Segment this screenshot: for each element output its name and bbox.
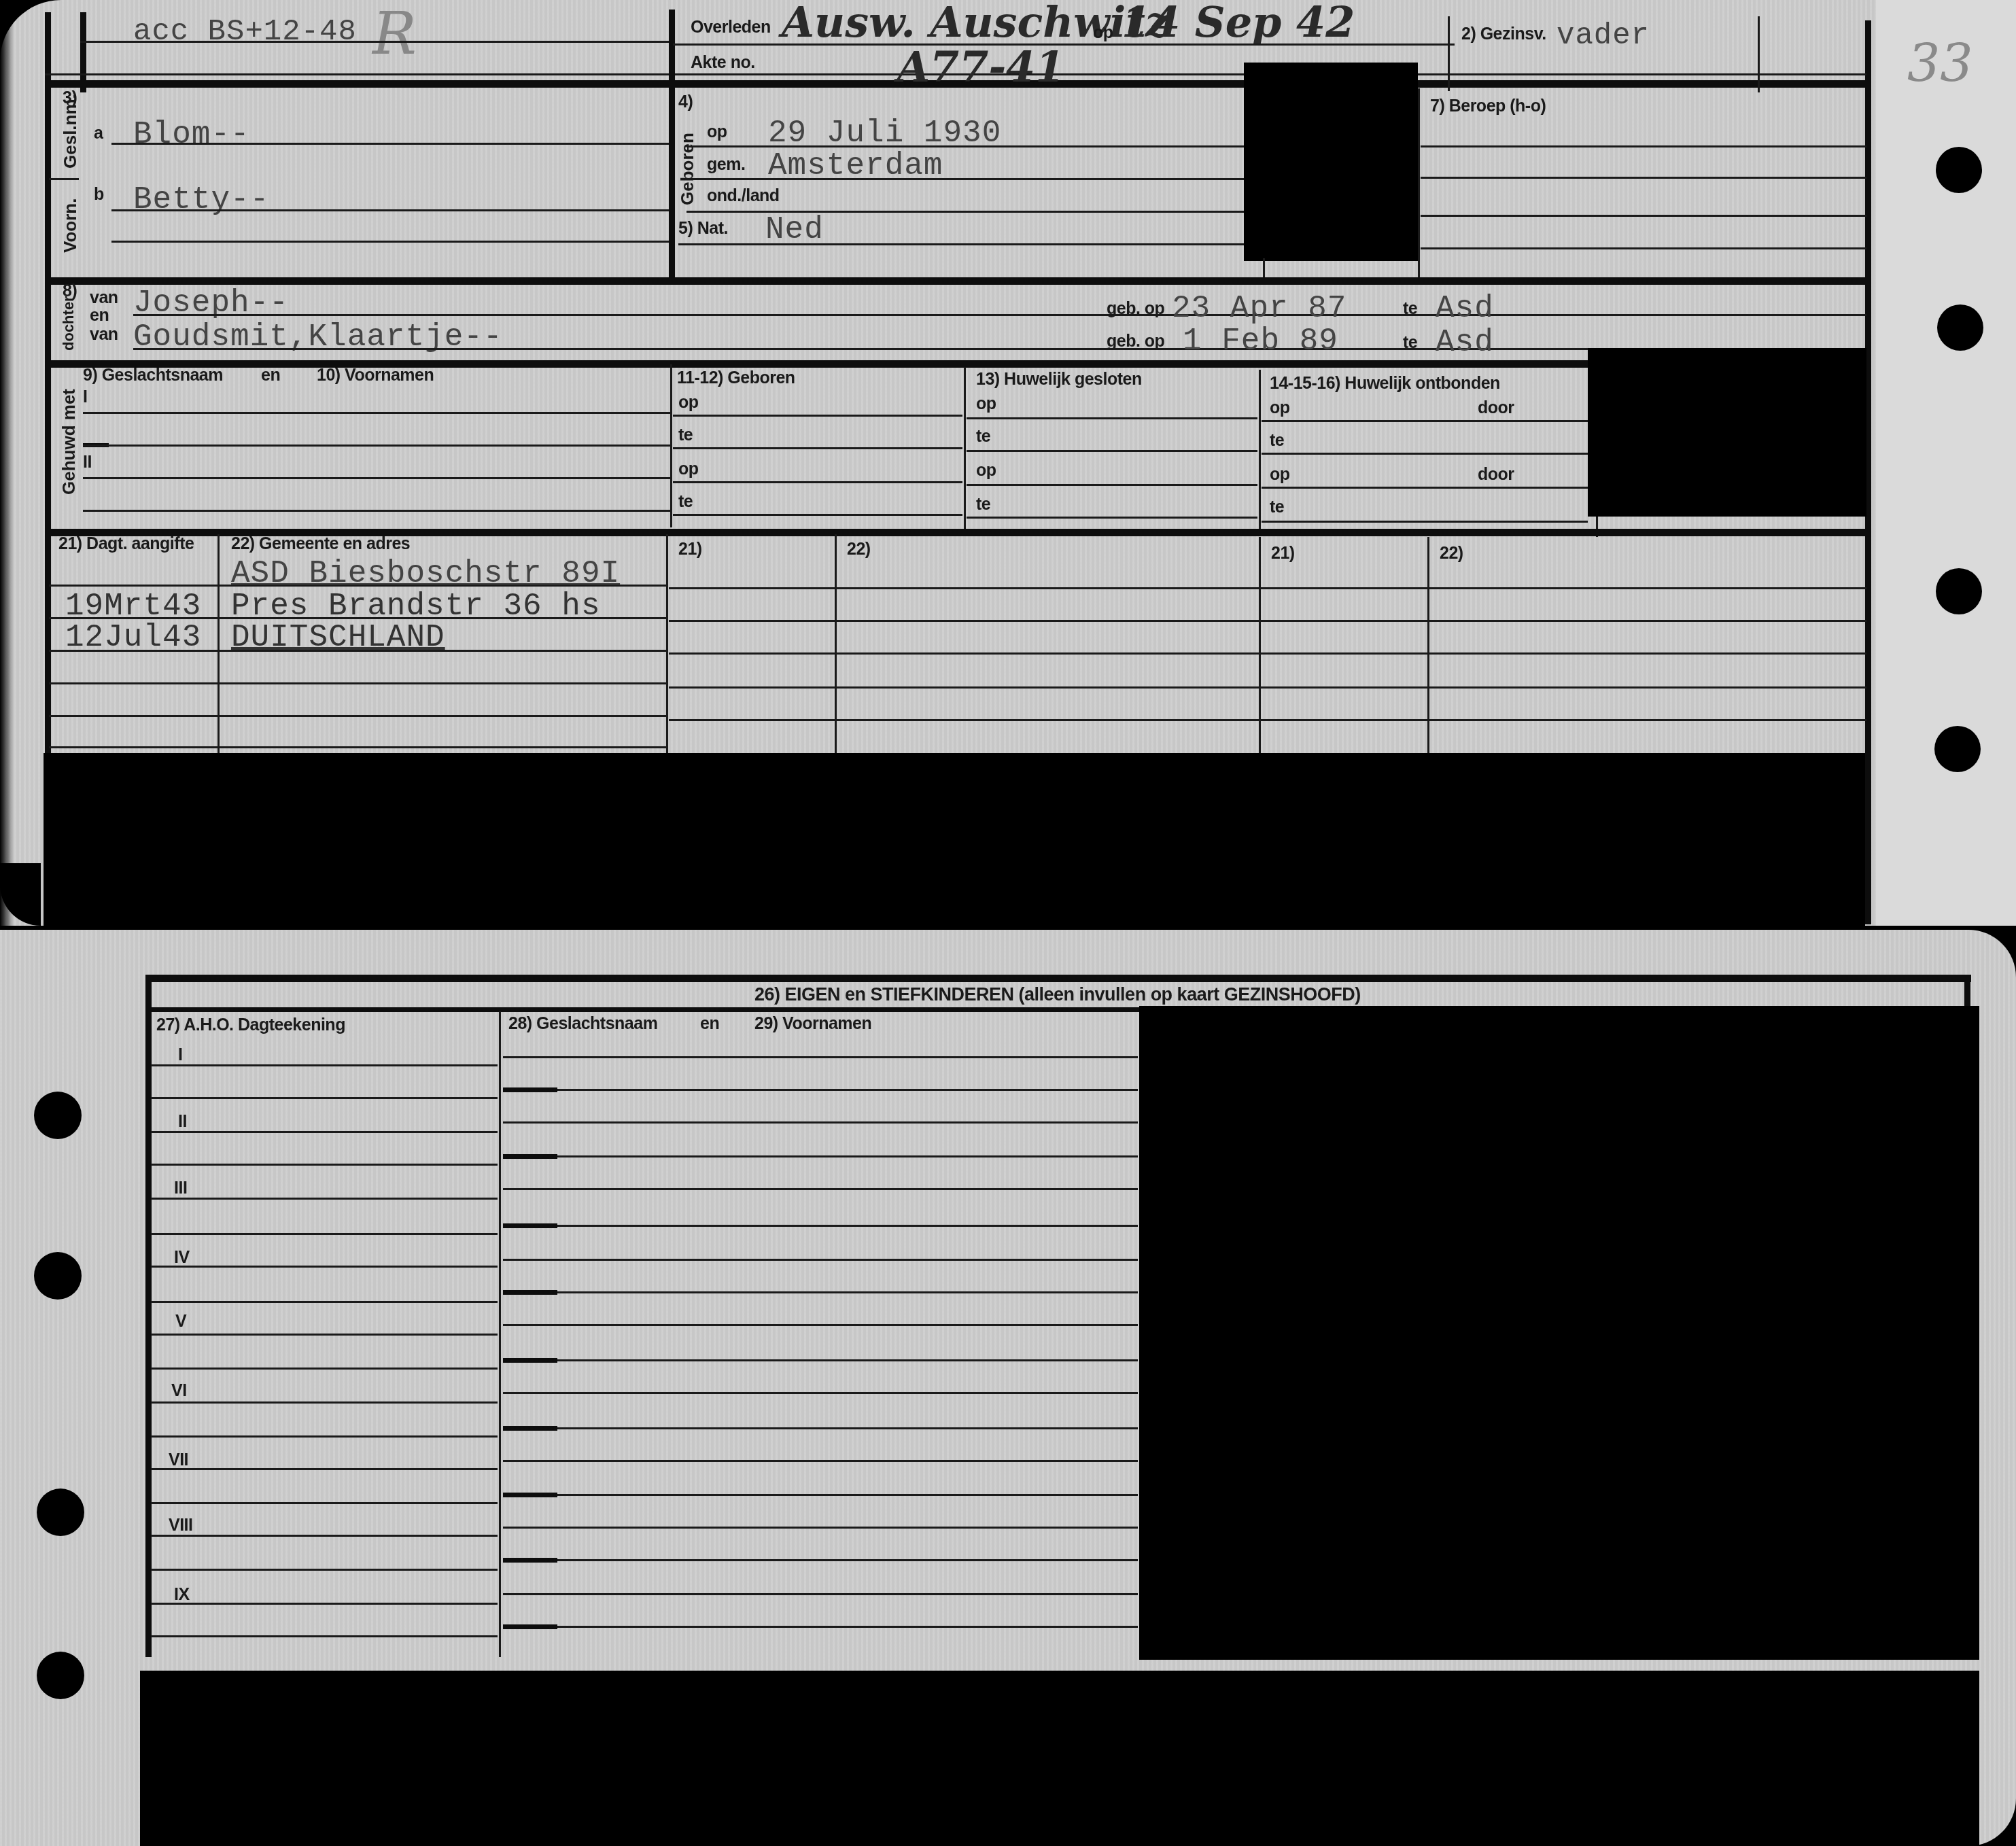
overleden-divider [669,10,675,278]
gehuwd-met-label: Gehuwd met [58,389,80,495]
gesloten-col-header: 13) Huwelijk gesloten [976,370,1142,389]
back-header-top-line [145,975,1971,982]
binder-hole-6 [34,1252,82,1300]
addr-right-line-3 [669,652,1866,655]
birth-op-label: op [707,122,727,142]
name-line-1 [503,1056,1138,1058]
ont-door-2: door [1478,465,1514,485]
photo-left-divider [1263,258,1265,279]
name-mark-2 [503,1087,557,1092]
surname-line [111,143,669,145]
aho-line-1 [151,1064,498,1066]
aho-line-12 [151,1435,498,1438]
binder-hole-4 [1934,726,1981,772]
beroep-line-3 [1421,215,1866,217]
ont-line-3 [1262,487,1588,489]
marriage-col1-header: 9) Geslachtsnaam [83,366,223,385]
ont-te-1: te [1270,431,1284,451]
ont-line-1 [1262,420,1588,422]
geslachtsnaam-col-header: 28) Geslachtsnaam [508,1014,657,1034]
aho-line-7 [151,1266,498,1268]
child-row-VII: VII [169,1450,188,1470]
ges-line-2 [967,450,1257,452]
row2-thick-line [45,277,1866,285]
name-mark-12 [503,1426,557,1431]
binder-hole-1 [1936,147,1982,193]
ges-te-1: te [976,427,990,447]
father-geb-op-label: geb. op [1107,299,1164,319]
marriage-line-1 [83,412,670,414]
gesloten-col-divider [964,367,966,530]
col22-label-a: 22) [847,540,871,559]
aho-line-13 [151,1468,498,1470]
birth-ond-label: ond./land [707,186,780,206]
aho-line-18 [151,1635,498,1637]
mother-birth-place: Asd [1436,325,1494,360]
father-birth-place: Asd [1436,291,1494,326]
ont-op-1: op [1270,398,1290,418]
name-line-18 [503,1626,1138,1628]
reference-mark: R [372,0,417,68]
addr-line-5 [49,715,666,717]
name-mark-14 [503,1493,557,1497]
aho-line-17 [151,1603,498,1605]
father-birth-date: 23 Apr 87 [1172,291,1346,326]
name-mark-18 [503,1624,557,1629]
aho-line-8 [151,1301,498,1303]
beroep-label: 7) Beroep (h-o) [1430,97,1546,116]
redacted-right-block [1139,1006,1979,1660]
name-line-16 [503,1559,1138,1561]
name-line-9 [503,1324,1138,1326]
col21-label-b: 21) [1271,544,1295,563]
dagt-aangifte-header: 21) Dagt. aangifte [58,534,194,554]
addr-line-4 [49,682,666,684]
overleden-op-label: op [1093,23,1113,43]
surname-a-label: a [94,124,103,143]
name-line-6 [503,1225,1138,1227]
father-line [133,314,1866,316]
marriage-row-I: I [83,387,87,407]
ont-door-1: door [1478,398,1514,418]
binder-hole-8 [37,1652,84,1699]
birth-gem-line [687,178,1244,180]
addr-line-2 [49,617,666,619]
given-names-value: Betty-- [133,182,269,217]
van1-label: van [90,288,118,308]
addr-right-line-1 [669,587,1866,589]
given-b-label: b [94,185,104,205]
geb-op-2: op [678,459,699,479]
father-te-label: te [1403,299,1417,319]
beroep-line-1 [1421,145,1866,147]
back-frame-left [145,976,152,1657]
binder-hole-2 [1937,304,1983,351]
geb-line-3 [673,481,962,483]
ont-line-2 [1262,453,1588,455]
name-line-17 [503,1593,1138,1595]
beroep-line-4 [1421,247,1866,249]
name-mark-4 [503,1154,557,1159]
voorn-label: Voorn. [60,198,81,253]
ges-line-4 [967,517,1257,519]
binder-hole-5 [34,1092,82,1139]
marriage-col1-header2: 10) Voornamen [317,366,434,385]
redacted-bottom-band [44,753,1865,926]
nat-label: 5) Nat. [678,219,728,239]
gezinsv-value: vader [1557,19,1650,53]
marriage-line-3 [83,477,670,479]
aho-line-15 [151,1535,498,1537]
ges-op-2: op [976,461,996,481]
gezinsv-divider [1448,16,1450,91]
binder-hole-3 [1936,568,1982,614]
gezinsv-label: 2) Gezinsv. [1461,24,1546,44]
child-row-I: I [178,1045,182,1065]
name-line-10 [503,1359,1138,1361]
card-edge-shadow [0,0,14,926]
name-mark-6 [503,1223,557,1228]
ont-te-2: te [1270,498,1284,517]
children-header: 26) EIGEN en STIEFKINDEREN (alleen invul… [754,984,1361,1005]
gesl-nm-label: Gesl.nm. [60,94,81,169]
name-line-3 [503,1121,1138,1124]
overleden-date: 14 Sep 42 [1122,0,1355,47]
addr-divider-1 [218,534,220,753]
ontbonden-col-header: 14-15-16) Huwelijk ontbonden [1270,374,1500,394]
child-row-III: III [174,1179,187,1198]
birth-op-line [687,145,1244,147]
binder-hole-7 [37,1488,84,1536]
child-row-IV: IV [174,1248,190,1268]
birth-section-label: 4) [678,92,693,112]
geb-op-1: op [678,393,699,413]
aho-line-9 [151,1334,498,1336]
addr-divider-2 [666,534,668,753]
name-mark-10 [503,1358,557,1363]
aho-line-14 [151,1502,498,1504]
ont-op-2: op [1270,465,1290,485]
mother-birth-date: 1 Feb 89 [1183,324,1338,359]
ontbonden-col-divider [1259,370,1261,533]
overleden-label: Overleden [691,18,771,37]
reference-number: acc BS+12-48 [133,15,357,49]
surname-value: Blom-- [133,117,250,152]
redacted-marriage-box [1588,348,1866,517]
name-line-12 [503,1427,1138,1429]
name-line-2 [503,1089,1138,1091]
geb-line-4 [673,514,962,516]
voornamen-col-header: 29) Voornamen [754,1014,871,1034]
geb-line-1 [673,415,962,417]
geb-te-1: te [678,425,693,445]
redacted-photo-box [1244,63,1418,261]
name-line-5 [503,1188,1138,1190]
addr-line-3 [49,650,666,652]
redacted-bottom-block [140,1671,1979,1846]
en-col-header: en [700,1014,719,1034]
marriage-row-II: II [83,453,92,472]
name-mark-16 [503,1558,557,1563]
geboren-col-divider [670,364,672,527]
mother-geb-op-label: geb. op [1107,332,1164,351]
marriage-col1-en: en [261,366,280,385]
name-line-13 [503,1460,1138,1462]
name-line-11 [503,1392,1138,1394]
card-tab-strip [1876,0,2016,926]
aho-line-4 [151,1164,498,1166]
name-divider-short [49,178,79,180]
col21-label-a: 21) [678,540,702,559]
name-line-8 [503,1291,1138,1293]
aho-line-3 [151,1131,498,1133]
geb-line-2 [673,447,962,449]
aho-line-11 [151,1401,498,1404]
card-back: 26) EIGEN en STIEFKINDEREN (alleen invul… [0,930,2016,1846]
gezinsv-right-divider [1758,16,1760,92]
child-row-II: II [178,1112,187,1132]
marriage-line-4 [83,510,670,512]
ont-line-4 [1262,521,1588,523]
child-row-VIII: VIII [169,1516,193,1535]
addr-right-line-5 [669,719,1866,721]
gemeente-adres-header: 22) Gemeente en adres [231,534,410,554]
addr-line-1 [49,585,666,587]
nationality-value: Ned [765,212,824,247]
beroep-left-divider [1418,88,1420,280]
aho-line-5 [151,1198,498,1200]
child-row-IX: IX [174,1585,190,1605]
col22-label-b: 22) [1440,544,1463,563]
name-mark-8 [503,1290,557,1295]
given-line [111,209,669,211]
card-front: acc BS+12-48 R Overleden Ausw. Auschwitz… [0,0,2016,926]
van2-label: van [90,325,118,345]
aho-line-16 [151,1569,498,1571]
aho-line-6 [151,1233,498,1235]
ges-op-1: op [976,394,996,414]
aho-line-2 [151,1097,498,1099]
name-line-14 [503,1494,1138,1496]
geboren-col-header: 11-12) Geboren [677,368,795,388]
dochter-label: dochter [60,296,77,351]
child-row-VI: VI [171,1381,187,1401]
addr-right-line-4 [669,686,1866,689]
geb-te-2: te [678,492,693,512]
beroep-line-2 [1421,177,1866,179]
aho-col-header: 27) A.H.O. Dagteekening [156,1015,345,1035]
name-line-7 [503,1259,1138,1261]
nat-line [678,243,1244,245]
aho-line-10 [151,1368,498,1370]
addr-line-6 [49,746,666,748]
name-line-15 [503,1527,1138,1529]
birth-gem-label: gem. [707,155,745,175]
ref-underline [80,41,672,43]
name-line-4 [503,1155,1138,1157]
back-col-divider [499,1011,501,1657]
page-number: 33 [1907,33,1973,93]
en-label: en [90,306,109,326]
mother-te-label: te [1403,333,1417,353]
ges-line-3 [967,484,1257,486]
frame-left [45,12,51,753]
child-row-V: V [175,1312,186,1331]
marriage-line-2 [83,445,670,447]
addr-right-line-2 [669,620,1866,622]
akte-value: A77-41 [897,42,1064,92]
ges-line-1 [967,417,1257,419]
ges-te-2: te [976,495,990,515]
geboren-label: Geboren [677,133,698,205]
akte-label: Akte no. [691,53,755,73]
given-line-2 [111,241,669,243]
